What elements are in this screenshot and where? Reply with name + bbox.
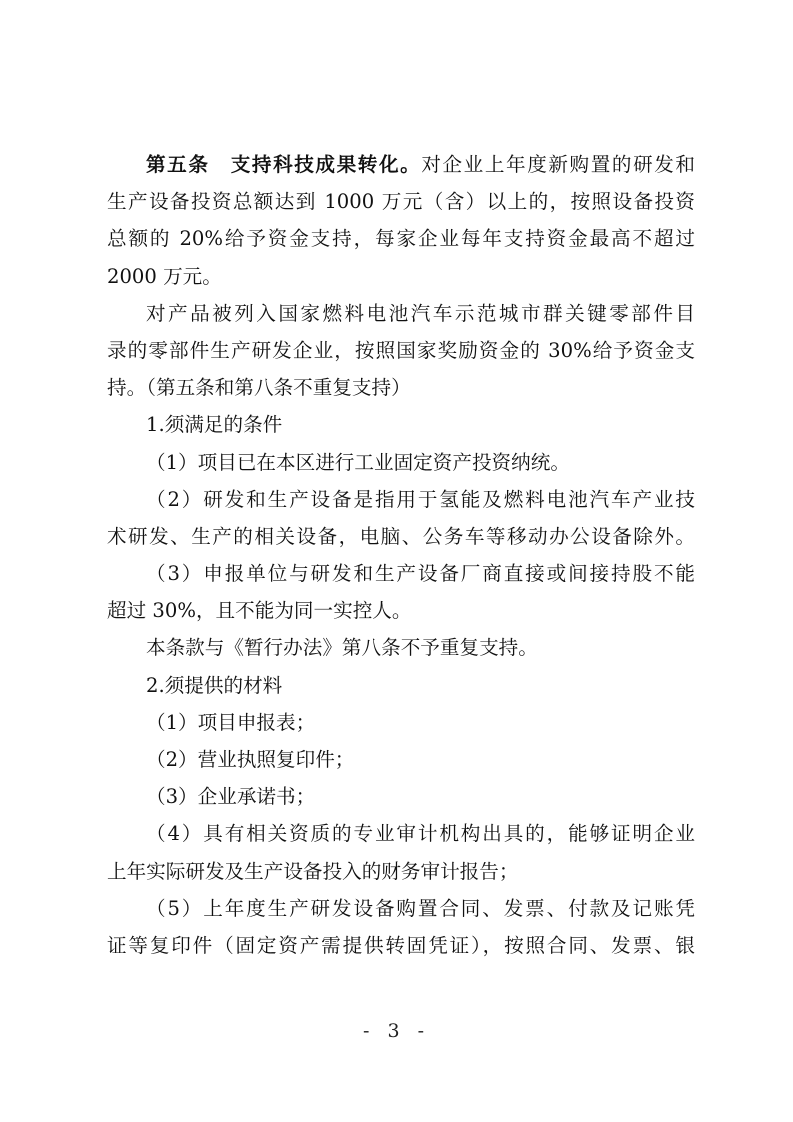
material-item: （1）项目申报表； xyxy=(107,704,695,741)
material-item-cont: 上年实际研发及生产设备投入的财务审计报告； xyxy=(107,853,695,890)
article-line: 2000 万元。 xyxy=(107,258,695,295)
condition-item-cont: 术研发、生产的相关设备，电脑、公务车等移动办公设备除外。 xyxy=(107,518,695,555)
article-first-line: 第五条 支持科技成果转化。对企业上年度新购置的研发和 xyxy=(107,146,695,183)
paragraph-line: 对产品被列入国家燃料电池汽车示范城市群关键零部件目 xyxy=(107,295,695,332)
article-line: 生产设备投资总额达到 1000 万元（含）以上的，按照设备投资 xyxy=(107,183,695,220)
material-item: （2）营业执照复印件； xyxy=(107,741,695,778)
paragraph-line: 录的零部件生产研发企业，按照国家奖励资金的 30%给予资金支 xyxy=(107,332,695,369)
condition-item: （2）研发和生产设备是指用于氢能及燃料电池汽车产业技 xyxy=(107,481,695,518)
material-item: （5）上年度生产研发设备购置合同、发票、付款及记账凭 xyxy=(107,890,695,927)
materials-title: 2.须提供的材料 xyxy=(107,667,695,704)
condition-item-cont: 超过 30%，且不能为同一实控人。 xyxy=(107,592,695,629)
article-text: 对企业上年度新购置的研发和 xyxy=(421,153,695,176)
material-item-cont: 证等复印件（固定资产需提供转固凭证），按照合同、发票、银 xyxy=(107,927,695,964)
article-title: 支持科技成果转化。 xyxy=(231,153,422,176)
page-number: - 3 - xyxy=(0,1020,793,1042)
document-body: 第五条 支持科技成果转化。对企业上年度新购置的研发和 生产设备投资总额达到 10… xyxy=(107,146,695,964)
condition-item: （1）项目已在本区进行工业固定资产投资纳统。 xyxy=(107,444,695,481)
paragraph-line: 持。（第五条和第八条不重复支持） xyxy=(107,369,695,406)
material-item: （3）企业承诺书； xyxy=(107,778,695,815)
article-line: 总额的 20%给予资金支持，每家企业每年支持资金最高不超过 xyxy=(107,220,695,257)
document-page: 第五条 支持科技成果转化。对企业上年度新购置的研发和 生产设备投资总额达到 10… xyxy=(0,0,793,1122)
condition-item: （3）申报单位与研发和生产设备厂商直接或间接持股不能 xyxy=(107,555,695,592)
article-heading: 第五条 xyxy=(146,153,210,176)
conditions-note: 本条款与《暂行办法》第八条不予重复支持。 xyxy=(107,629,695,666)
material-item: （4）具有相关资质的专业审计机构出具的，能够证明企业 xyxy=(107,815,695,852)
conditions-title: 1.须满足的条件 xyxy=(107,406,695,443)
